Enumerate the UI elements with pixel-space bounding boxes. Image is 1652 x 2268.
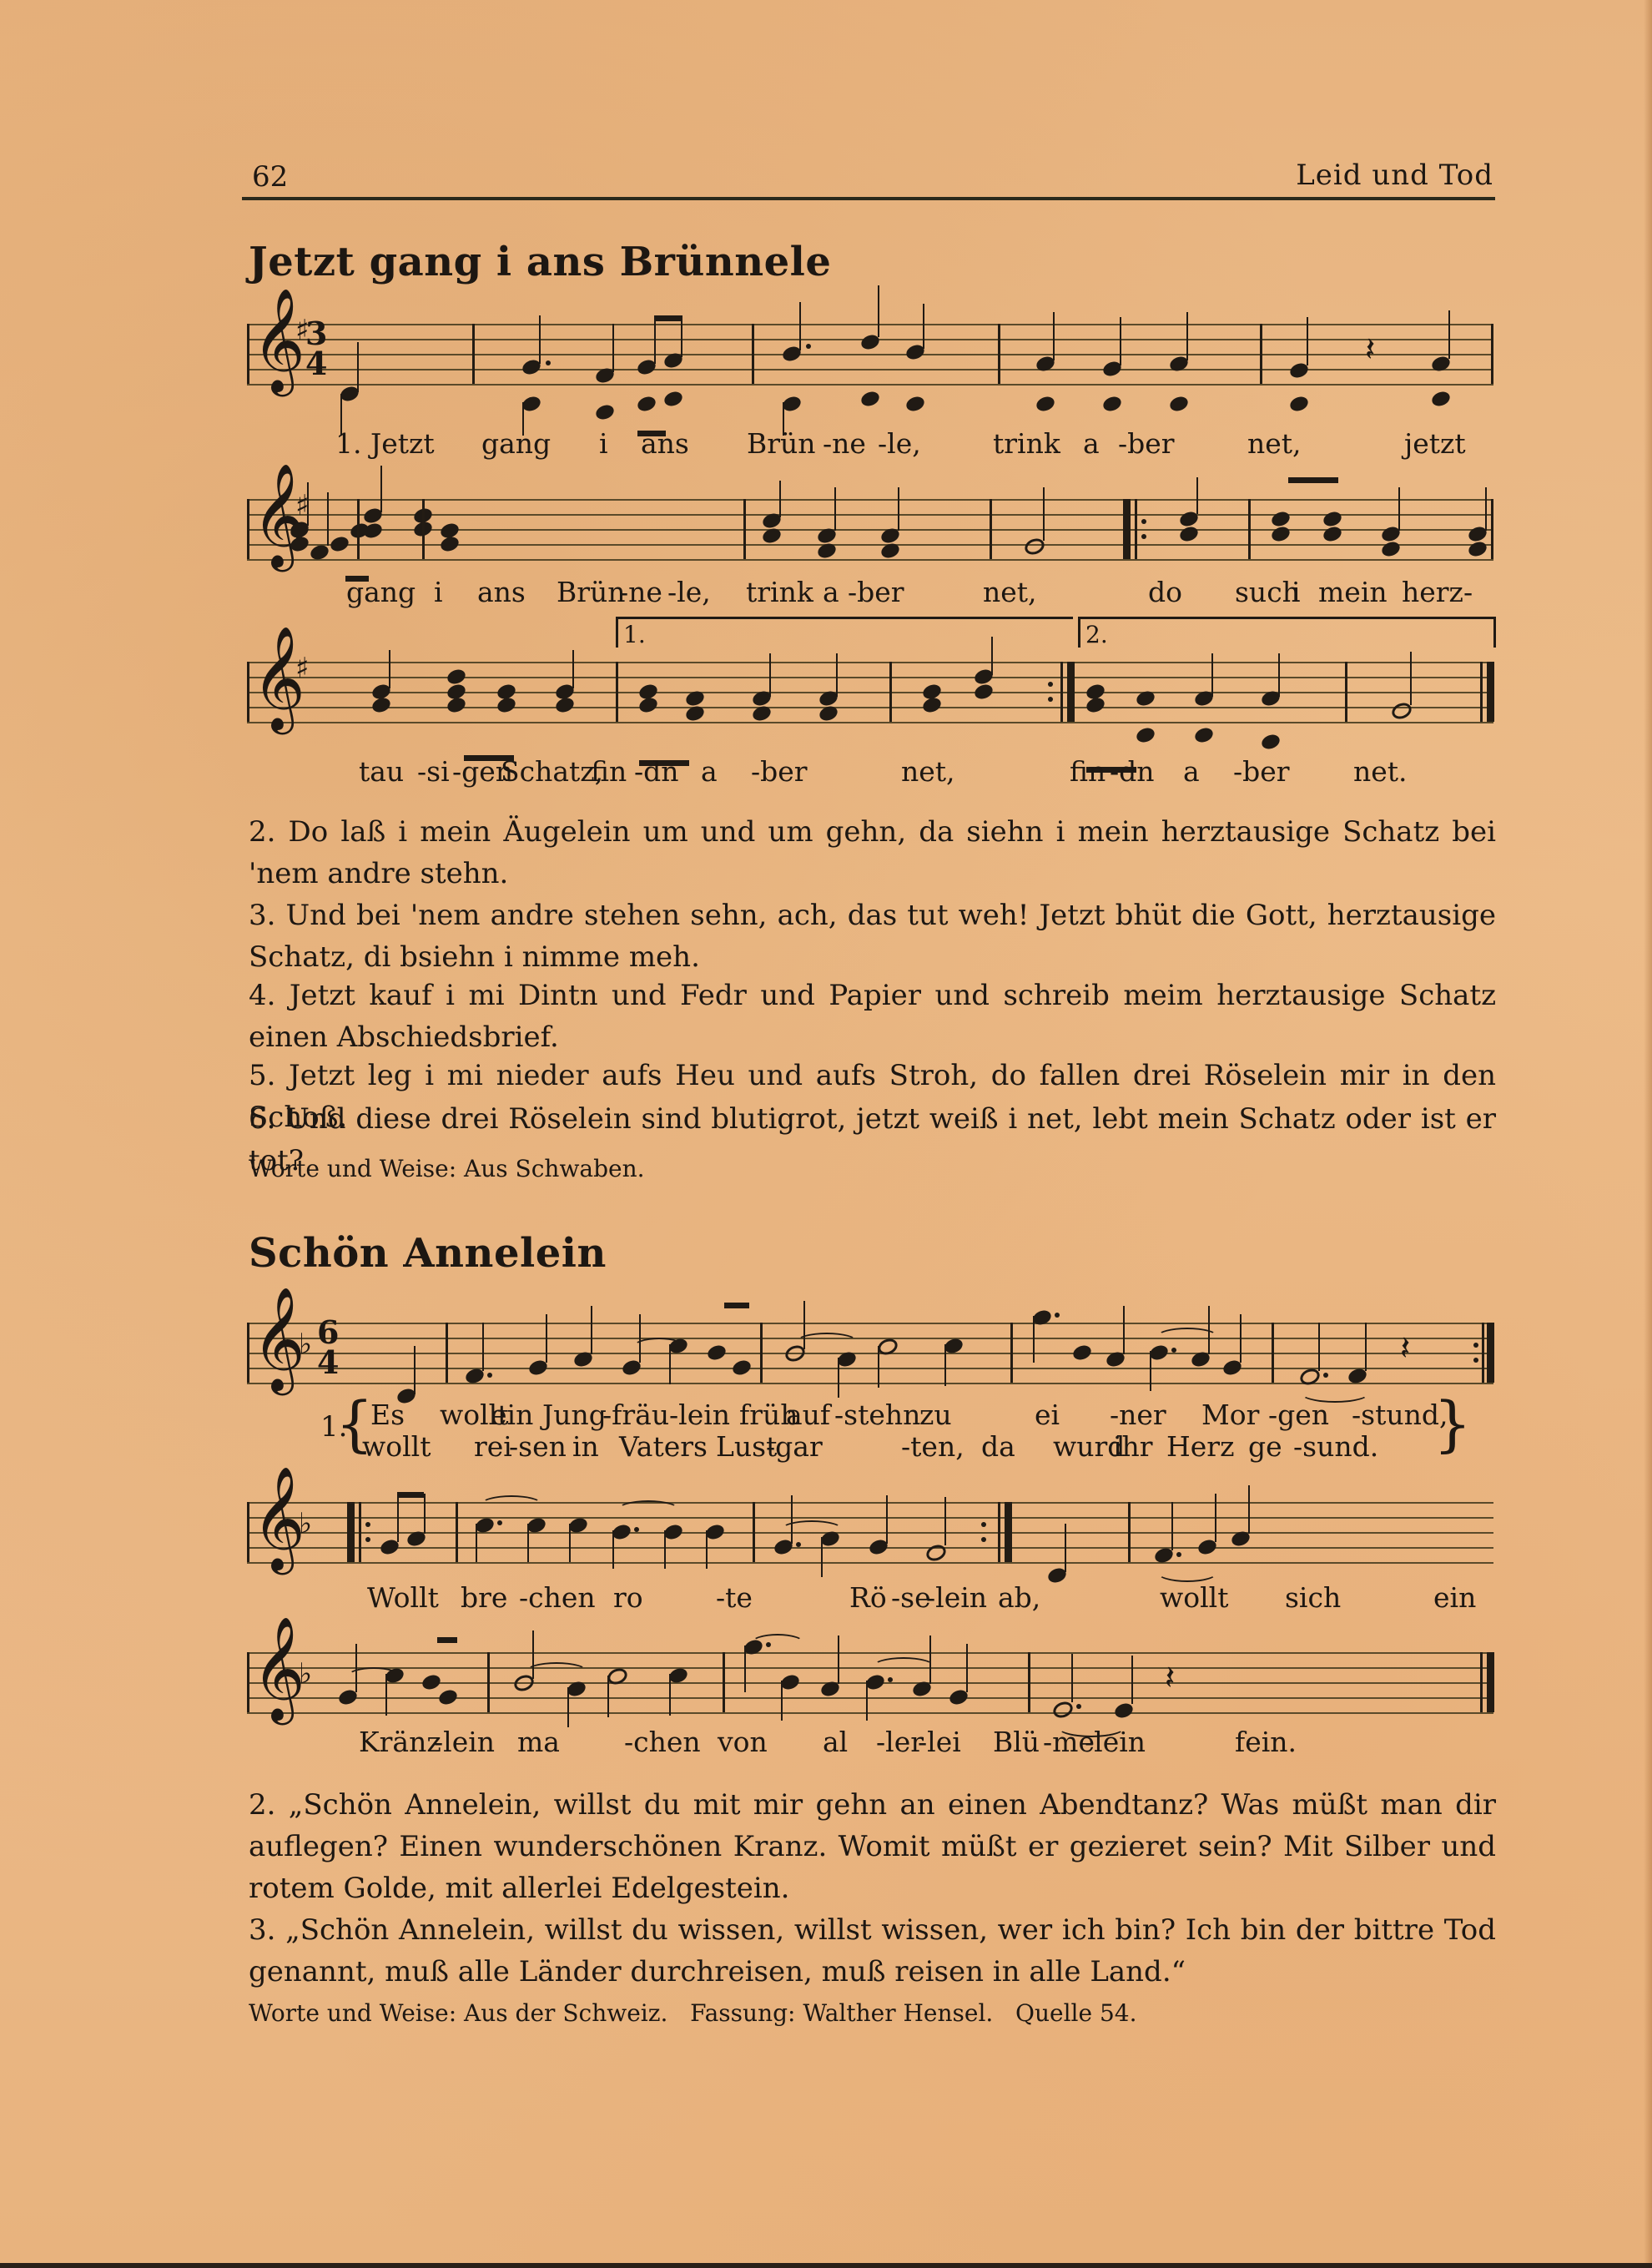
- song2-credit: Worte und Weise: Aus der Schweiz. Fassun…: [249, 1999, 1136, 2027]
- quarter-rest-icon: 𝄽: [1400, 1329, 1410, 1368]
- staff-4: 𝄞 ♭ 64 𝄽: [247, 1323, 1493, 1383]
- volta-2-bracket: 2.: [1078, 617, 1496, 648]
- sharp-icon: ♯: [295, 652, 309, 685]
- page-edge-shadow: [1644, 0, 1652, 2268]
- lyrics-line-4: 1. { Es wollt ein Jung -fräu -lein früh …: [0, 1399, 1652, 1465]
- treble-clef-icon: 𝄞: [252, 1474, 305, 1564]
- lyrics-line-3: tau -si -gen Schatz, fin -dn a -ber net,…: [0, 755, 1652, 789]
- staff-5: 𝄞 ♭: [247, 1502, 1493, 1562]
- song1-verse-3: 3. Und bei 'nem andre stehen sehn, ach, …: [249, 895, 1496, 978]
- staff-3: 𝄞 ♯ 1. 2.: [247, 662, 1493, 722]
- treble-clef-icon: 𝄞: [252, 1624, 305, 1714]
- song1-verse-4: 4. Jetzt kauf i mi Dintn und Fedr und Pa…: [249, 975, 1496, 1058]
- flat-icon: ♭: [299, 1507, 312, 1540]
- song-title-1: Jetzt gang i ans Brünnele: [249, 239, 831, 285]
- song2-verse-2: 2. „Schön Annelein, willst du mit mir ge…: [249, 1784, 1496, 1909]
- song1-credit: Worte und Weise: Aus Schwaben.: [249, 1155, 645, 1182]
- lyrics-line-5: Wollt bre -chen ro -te Rö -se -lein ab, …: [0, 1581, 1652, 1615]
- volta-1-bracket: 1.: [616, 617, 1073, 648]
- page-bottom-edge: [0, 2263, 1652, 2268]
- header-rule: [242, 197, 1495, 200]
- staff-1: 𝄞 ♯ 34 𝄽: [247, 324, 1493, 384]
- treble-clef-icon: 𝄞: [252, 1294, 305, 1384]
- song-title-2: Schön Annelein: [249, 1230, 607, 1277]
- song2-verse-3: 3. „Schön Annelein, willst du wissen, wi…: [249, 1909, 1496, 1993]
- page-number: 62: [252, 160, 288, 194]
- staff-2: 𝄞 ♯: [247, 499, 1493, 559]
- quarter-rest-icon: 𝄽: [1365, 330, 1375, 369]
- flat-icon: ♭: [299, 1657, 312, 1691]
- staff-6: 𝄞 ♭ 𝄽: [247, 1652, 1493, 1712]
- running-header-title: Leid und Tod: [1296, 159, 1493, 192]
- lyrics-line-1: 1. Jetzt gang i ans Brün -ne -le, trink …: [0, 427, 1652, 461]
- time-signature: 34: [305, 319, 327, 379]
- flat-icon: ♭: [299, 1328, 312, 1361]
- quarter-rest-icon: 𝄽: [1165, 1659, 1175, 1697]
- lyrics-line-2: gang i ans Brün -ne -le, trink a -ber ne…: [0, 576, 1652, 609]
- song1-verse-2: 2. Do laß i mein Äugelein um und um gehn…: [249, 811, 1496, 895]
- time-signature: 64: [317, 1318, 339, 1378]
- lyrics-line-6: Kränz -lein ma -chen von al -ler -lei Bl…: [0, 1726, 1652, 1759]
- brace-close: }: [1433, 1394, 1472, 1454]
